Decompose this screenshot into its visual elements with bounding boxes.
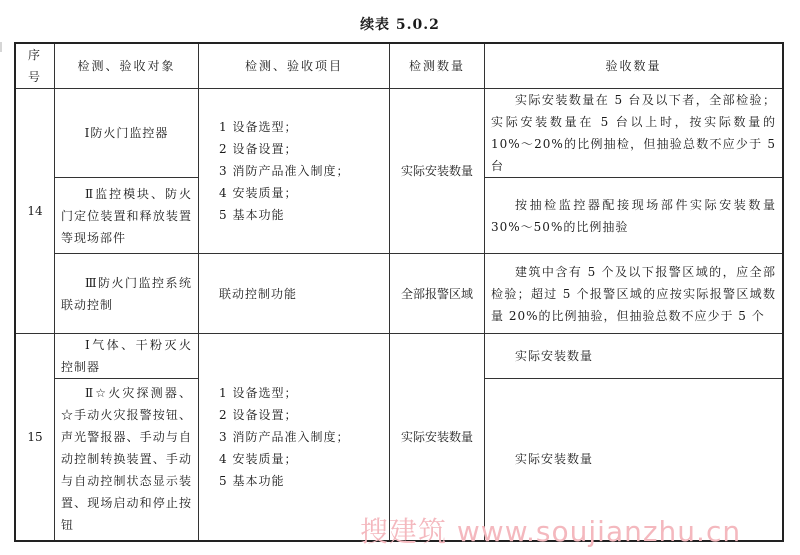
object-cell: Ⅰ气体、干粉灭火控制器	[55, 334, 199, 379]
item-line: 5 基本功能	[205, 470, 383, 492]
header-items: 检测、验收项目	[199, 43, 390, 89]
object-cell: Ⅰ防火门监控器	[55, 89, 199, 178]
acceptance-cell: 实际安装数量在 5 台及以下者，全部检验；实际安装数量在 5 台以上时，按实际数…	[485, 89, 784, 178]
item-line: 4 安装质量；	[205, 182, 383, 204]
item-line: 2 设备设置；	[205, 138, 383, 160]
header-acceptance: 验收数量	[485, 43, 784, 89]
item-line: 5 基本功能	[205, 204, 383, 226]
object-cell: Ⅱ监控模块、防火门定位装置和释放装置等现场部件	[55, 178, 199, 254]
count-cell: 全部报警区域	[390, 254, 485, 334]
item-line: 3 消防产品准入制度；	[205, 426, 383, 448]
items-cell: 1 设备选型； 2 设备设置； 3 消防产品准入制度； 4 安装质量； 5 基本…	[199, 89, 390, 254]
table-row: Ⅲ防火门监控系统联动控制 联动控制功能 全部报警区域 建筑中含有 5 个及以下报…	[15, 254, 783, 334]
count-cell: 实际安装数量	[390, 89, 485, 254]
page-edge-mark	[0, 42, 6, 52]
table-row: 15 Ⅰ气体、干粉灭火控制器 1 设备选型； 2 设备设置； 3 消防产品准入制…	[15, 334, 783, 379]
item-line: 1 设备选型；	[205, 116, 383, 138]
table-title: 续表 5.0.2	[0, 14, 800, 34]
item-line: 2 设备设置；	[205, 404, 383, 426]
items-cell: 联动控制功能	[199, 254, 390, 334]
header-count: 检测数量	[390, 43, 485, 89]
header-object: 检测、验收对象	[55, 43, 199, 89]
acceptance-cell: 实际安装数量	[485, 334, 784, 379]
watermark: 搜建筑 www.soujianzhu.cn	[360, 510, 741, 550]
acceptance-cell: 建筑中含有 5 个及以下报警区域的，应全部检验；超过 5 个报警区域的应按实际报…	[485, 254, 784, 334]
object-cell: Ⅲ防火门监控系统联动控制	[55, 254, 199, 334]
header-no: 序号	[15, 43, 55, 89]
item-line: 1 设备选型；	[205, 382, 383, 404]
table-row: 14 Ⅰ防火门监控器 1 设备选型； 2 设备设置； 3 消防产品准入制度； 4…	[15, 89, 783, 178]
inspection-table: 序号 检测、验收对象 检测、验收项目 检测数量 验收数量 14 Ⅰ防火门监控器 …	[14, 42, 784, 542]
object-cell: Ⅱ☆火灾探测器、☆手动火灾报警按钮、声光警报器、手动与自动控制转换装置、手动与自…	[55, 379, 199, 541]
item-line: 3 消防产品准入制度；	[205, 160, 383, 182]
table-header-row: 序号 检测、验收对象 检测、验收项目 检测数量 验收数量	[15, 43, 783, 89]
row-no: 14	[15, 89, 55, 334]
item-line: 4 安装质量；	[205, 448, 383, 470]
acceptance-cell: 按抽检监控器配接现场部件实际安装数量 30%～50%的比例抽验	[485, 178, 784, 254]
row-no: 15	[15, 334, 55, 541]
